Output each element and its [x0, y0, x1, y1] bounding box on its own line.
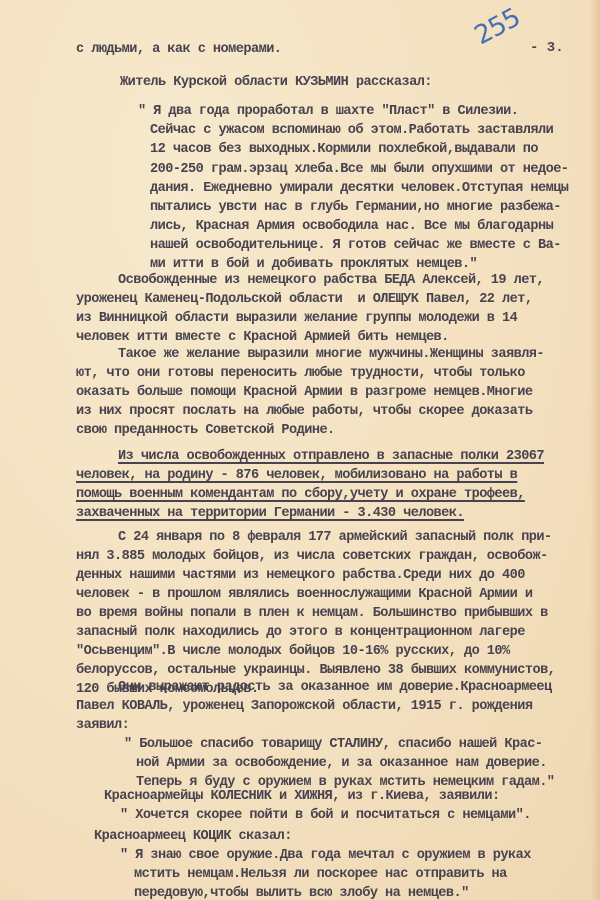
- text-line: помощь военным комендантам по сбору,учет…: [76, 487, 525, 502]
- text-line: Житель Курской области КУЗЬМИН рассказал…: [120, 75, 432, 90]
- page-edge: [590, 0, 600, 900]
- text-line: " Я два года проработал в шахте "Пласт" …: [138, 104, 518, 119]
- text-line: дания. Ежедневно умирали десятки человек…: [150, 181, 568, 196]
- archive-number: 255: [470, 3, 525, 51]
- text-line: мстить немцам.Нельзя ли поскорее нас отп…: [134, 867, 507, 882]
- text-line: Такое же желание выразили многие мужчины…: [118, 347, 544, 362]
- text-line: " Хочется скорее пойти в бой и посчитать…: [120, 808, 531, 823]
- text-line: " Я знаю свое оружие.Два года мечтал с о…: [120, 848, 531, 863]
- text-line: белоруссов, остальные украинцы. Выявлено…: [76, 663, 555, 678]
- text-line: Красноармеец КОЦИК сказал:: [94, 829, 292, 844]
- page-number: - 3.: [530, 40, 564, 56]
- text-line: лись, Красная Армия освободила нас. Все …: [150, 219, 553, 234]
- text-line: во время войны попали в плен к немцам. Б…: [76, 606, 548, 621]
- text-line: С 24 января по 8 февраля 177 армейский з…: [118, 530, 552, 545]
- text-line: нашей освободительнице. Я готов сейчас ж…: [150, 238, 561, 253]
- text-line: оказать больше помощи Красной Армии в ра…: [76, 385, 532, 400]
- text-line: заявил:: [76, 718, 129, 733]
- text-line: уроженец Каменец-Подольской области и ОЛ…: [76, 292, 532, 307]
- text-line: пытались увсти нас в глубь Германии,но м…: [150, 200, 561, 215]
- text-line: с людьми, а как с номерами.: [76, 42, 281, 57]
- text-line: 12 часов без выходных.Кормили похлебкой,…: [150, 142, 538, 157]
- text-line: Сейчас с ужасом вспоминаю об этом.Работа…: [150, 123, 553, 138]
- text-line: захваченных на территории Германии - 3.4…: [76, 506, 464, 521]
- text-line: " Большое спасибо товарищу СТАЛИНУ, спас…: [124, 737, 542, 752]
- text-line: Из числа освобожденных отправлено в запа…: [118, 449, 544, 464]
- text-line: свою преданность Советской Родине.: [76, 423, 335, 438]
- document-page: 255 - 3. с людьми, а как с номерами.Жите…: [0, 0, 600, 900]
- text-line: человек - в прошлом являлись военнослужа…: [76, 587, 532, 602]
- text-line: 200-250 грам.эрзац хлеба.Все мы были опу…: [150, 162, 568, 177]
- text-line: Павел КОВАЛЬ, уроженец Запорожской облас…: [76, 699, 532, 714]
- text-line: Теперь я буду с оружием в руках мстить н…: [136, 775, 554, 790]
- text-line: Красноармейцы КОЛЕСНИК и ХИЖНЯ, из г.Кие…: [104, 789, 500, 804]
- text-line: денных нашими частями из немецкого рабст…: [76, 568, 525, 583]
- text-line: Они выражают радость за оказанное им дов…: [118, 680, 552, 695]
- text-line: передовую,чтобы вылить всю злобу на немц…: [134, 886, 469, 900]
- text-line: из них просят послать на любые работы, ч…: [76, 404, 532, 419]
- text-line: человек итти вместе с Красной Армией бит…: [76, 330, 449, 345]
- text-line: "Осьвенцим".В числе молодых бойцов 10-16…: [76, 644, 510, 659]
- text-line: ной Армии за освобождение, и за оказанно…: [136, 756, 547, 771]
- text-line: человек, на родину - 876 человек, мобили…: [76, 468, 517, 483]
- text-line: Освобожденные из немецкого рабства БЕДА …: [118, 273, 544, 288]
- text-line: из Винницкой области выразили желание гр…: [76, 311, 517, 326]
- text-line: ют, что они готовы переносить любые труд…: [76, 366, 525, 381]
- text-line: запасный полк находились до этого в конц…: [76, 625, 525, 640]
- text-line: нял 3.885 молодых бойцов, из числа совет…: [76, 549, 548, 564]
- text-line: ми итти в бой и добивать проклятых немце…: [150, 257, 477, 272]
